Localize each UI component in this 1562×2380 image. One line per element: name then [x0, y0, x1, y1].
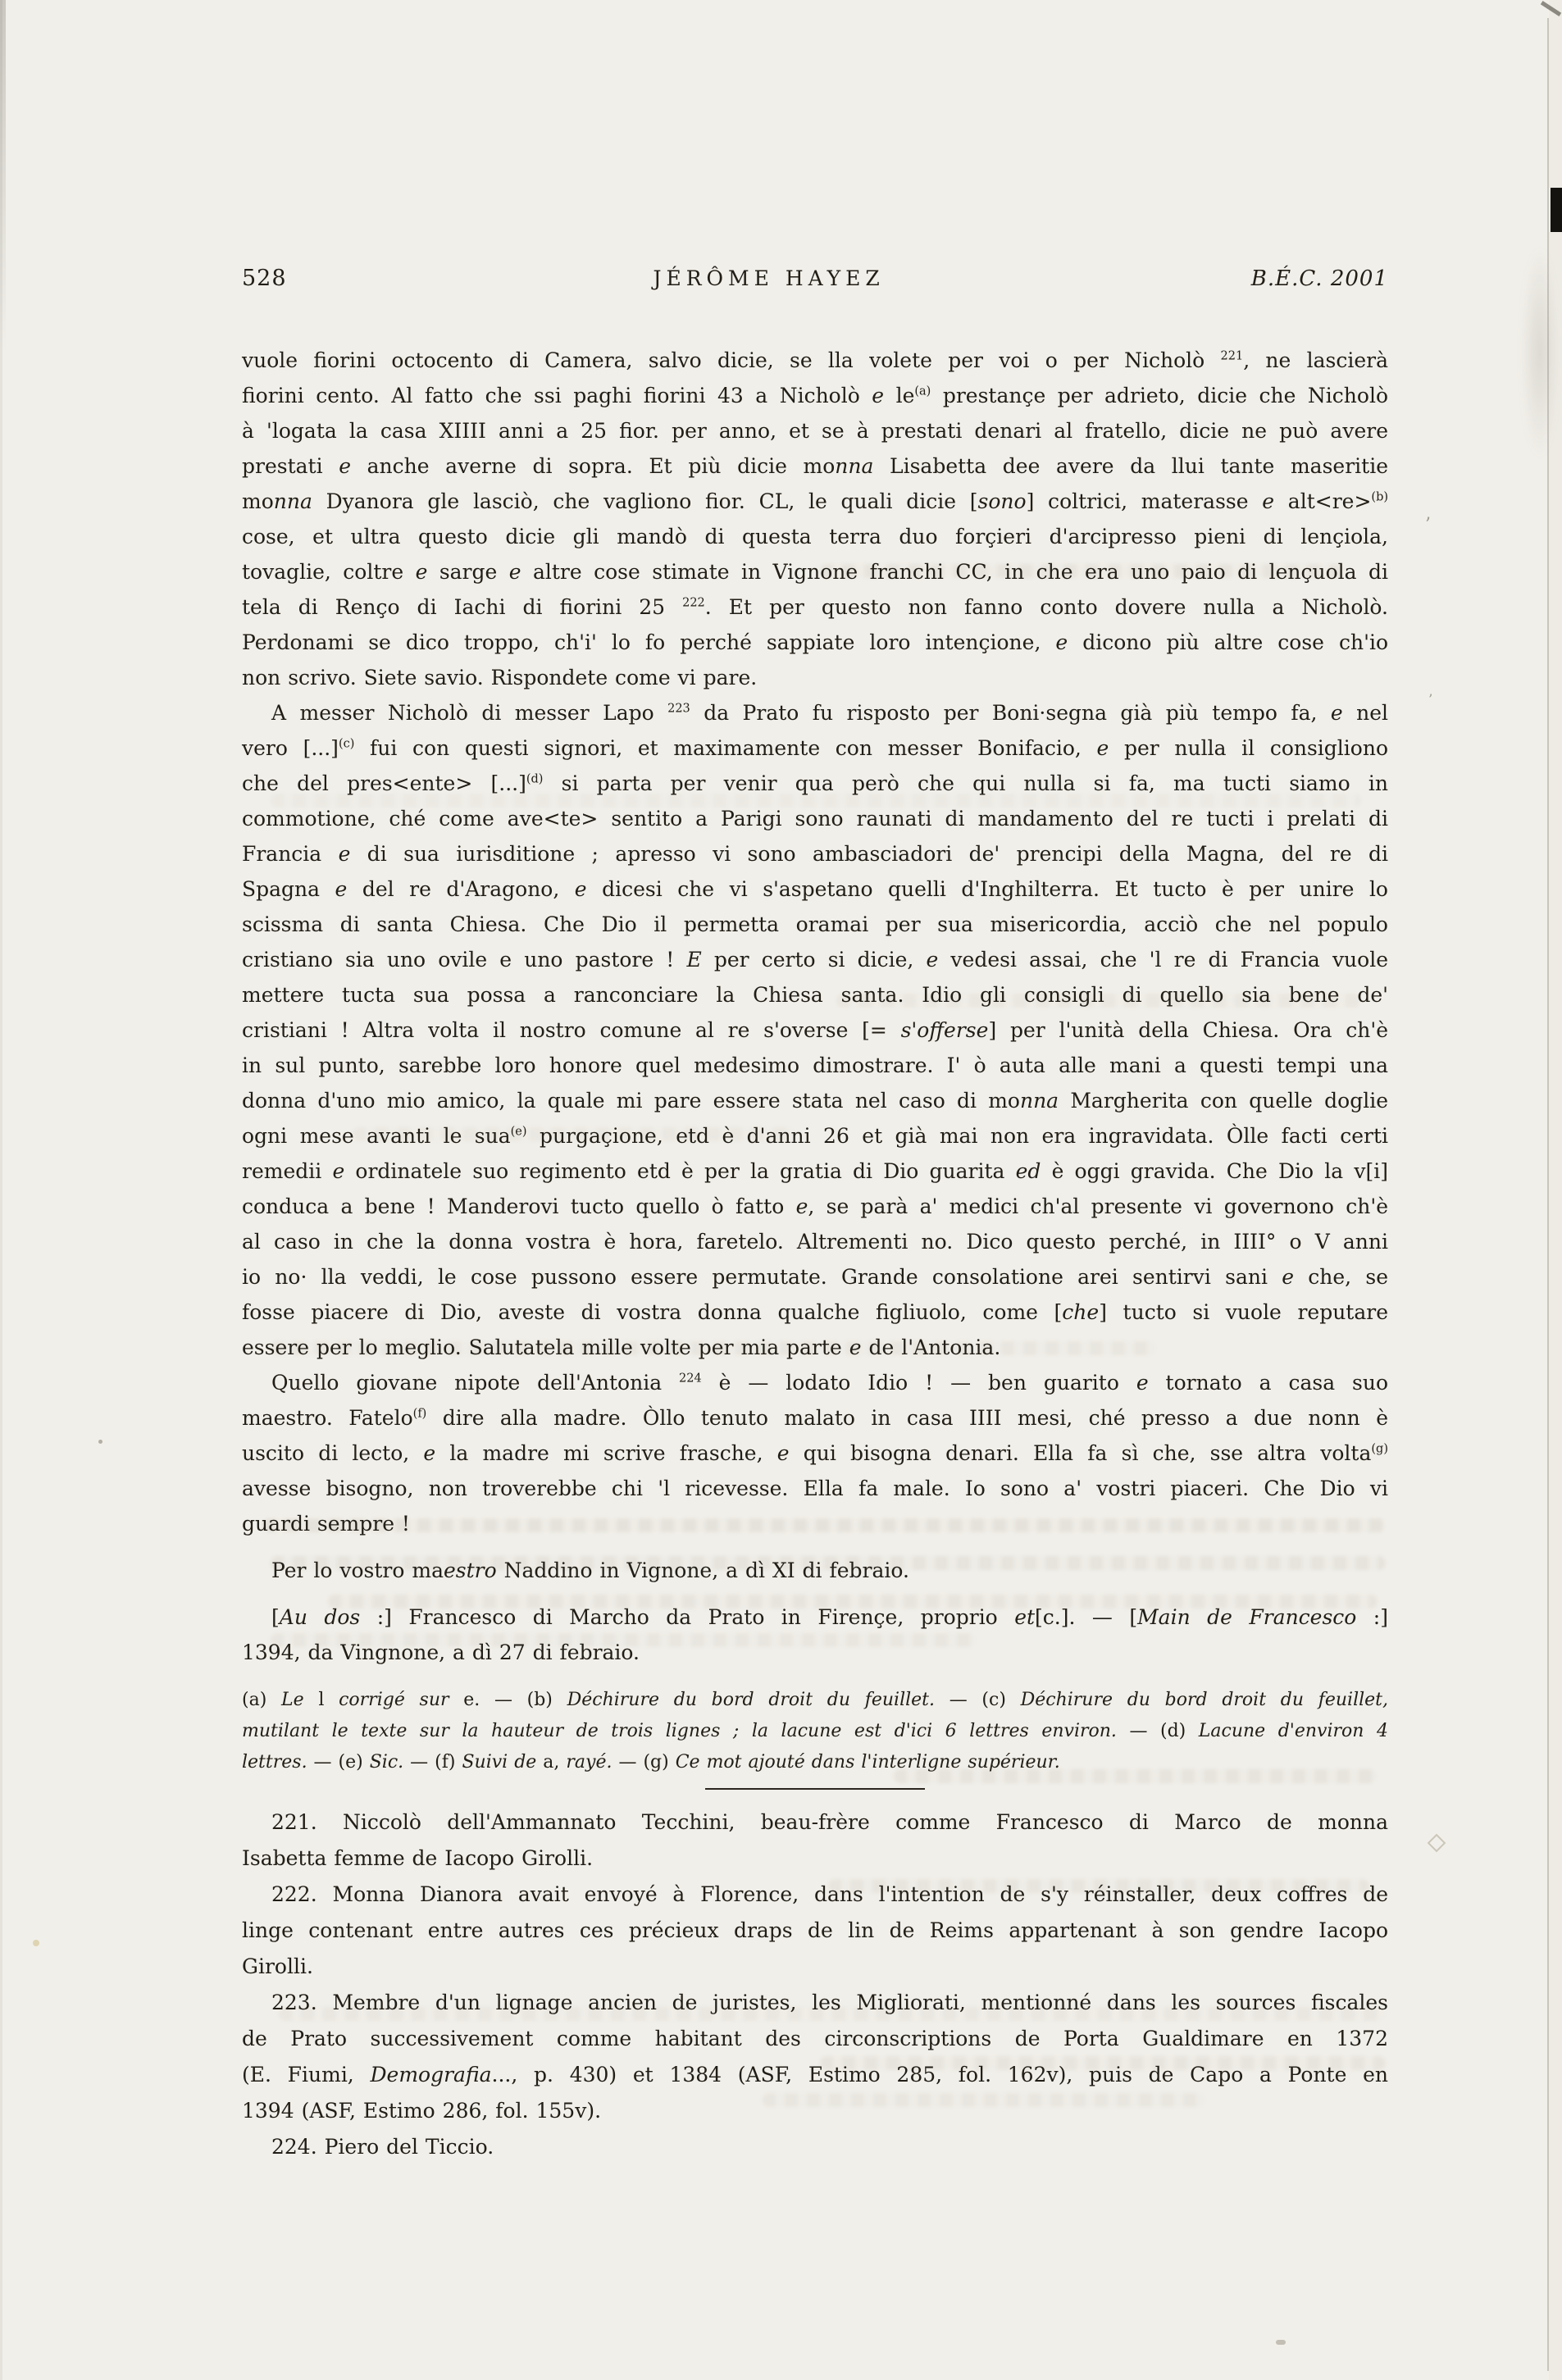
scan-speck: ’	[1425, 517, 1431, 535]
text-line: Perdonami se dico troppo, ch'i' lo fo pe…	[242, 625, 1388, 660]
text-line: Per lo vostro maestro Naddino in Vignone…	[242, 1553, 1388, 1588]
scan-speck	[33, 1940, 39, 1946]
letter-paragraph: Quello giovane nipote dell'Antonia 224 è…	[242, 1365, 1388, 1541]
text-line: uscito di lecto, e la madre mi scrive fr…	[242, 1436, 1388, 1471]
critical-apparatus: (a) Le l corrigé sur e. — (b) Déchirure …	[242, 1685, 1388, 1778]
text-line: remedii e ordinatele suo regimento etd è…	[242, 1154, 1388, 1189]
text-line: donna d'uno mio amico, la quale mi pare …	[242, 1083, 1388, 1118]
page-content: 528 JÉRÔME HAYEZ B.É.C. 2001 vuole fiori…	[242, 261, 1388, 2165]
text-line: cose, et ultra questo dicie gli mandò di…	[242, 519, 1388, 554]
text-line: 224. Piero del Ticcio.	[242, 2129, 1388, 2165]
text-line: tovaglie, coltre e sarge e altre cose st…	[242, 554, 1388, 589]
scan-speck	[1276, 2340, 1286, 2345]
text-line: vuole fiorini octocento di Camera, salvo…	[242, 343, 1388, 378]
text-line: prestati e anche averne di sopra. Et più…	[242, 448, 1388, 484]
text-line: fosse piacere di Dio, aveste di vostra d…	[242, 1295, 1388, 1330]
text-line: 1394 (ASF, Estimo 286, fol. 155v).	[242, 2093, 1388, 2129]
text-line: Girolli.	[242, 1949, 1388, 1985]
text-line: Francia e di sua iurisditione ; apresso …	[242, 836, 1388, 871]
letter-paragraph: A messer Nicholò di messer Lapo 223 da P…	[242, 695, 1388, 1365]
text-line: ogni mese avanti le sua(e) purgaçione, e…	[242, 1118, 1388, 1154]
text-line: linge contenant entre autres ces précieu…	[242, 1913, 1388, 1949]
scan-speck	[1428, 1834, 1446, 1853]
text-line: 222. Monna Dianora avait envoyé à Floren…	[242, 1877, 1388, 1913]
footnote: 224. Piero del Ticcio.	[242, 2129, 1388, 2165]
text-line: mutilant le texte sur la hauteur de troi…	[242, 1716, 1388, 1747]
footnote: 222. Monna Dianora avait envoyé à Floren…	[242, 1877, 1388, 1985]
text-line: Spagna e del re d'Aragono, e dicesi che …	[242, 871, 1388, 907]
scan-edge-mark	[1551, 188, 1562, 232]
scan-smudge	[1522, 246, 1558, 459]
text-line: (E. Fiumi, Demografia..., p. 430) et 138…	[242, 2057, 1388, 2093]
text-line: cristiano sia uno ovile e uno pastore ! …	[242, 942, 1388, 977]
text-line: de Prato successivement comme habitant d…	[242, 2021, 1388, 2057]
text-line: 221. Niccolò dell'Ammannato Tecchini, be…	[242, 1804, 1388, 1841]
letter-paragraph: Per lo vostro maestro Naddino in Vignone…	[242, 1553, 1388, 1588]
text-line: vero [...](c) fui con questi signori, et…	[242, 730, 1388, 766]
text-line: in sul punto, sarebbe loro honore quel m…	[242, 1048, 1388, 1083]
text-line: al caso in che la donna vostra è hora, f…	[242, 1224, 1388, 1259]
text-line: lettres. — (e) Sic. — (f) Suivi de a, ra…	[242, 1747, 1388, 1778]
scan-left-edge	[0, 0, 2, 2380]
text-line: à 'logata la casa XIIII anni a 25 fior. …	[242, 413, 1388, 448]
running-author: JÉRÔME HAYEZ	[653, 261, 884, 297]
text-line: che del pres<ente> [...](d) si parta per…	[242, 766, 1388, 801]
text-line: guardi sempre !	[242, 1506, 1388, 1541]
scanned-journal-page: { "colors": { "paper": "#f1efe9", "ink":…	[0, 0, 1562, 2380]
letter-paragraph: [Au dos :] Francesco di Marcho da Prato …	[242, 1600, 1388, 1670]
text-line: commotione, ché come ave<te> sentito a P…	[242, 801, 1388, 836]
text-line: (a) Le l corrigé sur e. — (b) Déchirure …	[242, 1685, 1388, 1716]
text-line: avesse bisogno, non troverebbe chi 'l ri…	[242, 1471, 1388, 1506]
text-line: Quello giovane nipote dell'Antonia 224 è…	[242, 1365, 1388, 1400]
letter-body: vuole fiorini octocento di Camera, salvo…	[242, 343, 1388, 1670]
text-line: fiorini cento. Al fatto che ssi paghi fi…	[242, 378, 1388, 413]
text-line: A messer Nicholò di messer Lapo 223 da P…	[242, 695, 1388, 730]
text-line: essere per lo meglio. Salutatela mille v…	[242, 1330, 1388, 1365]
running-header: 528 JÉRÔME HAYEZ B.É.C. 2001	[242, 261, 1388, 297]
text-line: scissma di santa Chiesa. Che Dio il perm…	[242, 907, 1388, 942]
text-line: monna Dyanora gle lasciò, che vagliono f…	[242, 484, 1388, 519]
text-line: 223. Membre d'un lignage ancien de juris…	[242, 1985, 1388, 2021]
text-line: maestro. Fatelo(f) dire alla madre. Òllo…	[242, 1400, 1388, 1436]
letter-paragraph: vuole fiorini octocento di Camera, salvo…	[242, 343, 1388, 695]
text-line: [Au dos :] Francesco di Marcho da Prato …	[242, 1600, 1388, 1635]
footnotes: 221. Niccolò dell'Ammannato Tecchini, be…	[242, 1804, 1388, 2165]
text-line: 1394, da Vingnone, a dì 27 di febraio.	[242, 1635, 1388, 1670]
text-line: non scrivo. Siete savio. Rispondete come…	[242, 660, 1388, 695]
text-line: cristiani ! Altra volta il nostro comune…	[242, 1013, 1388, 1048]
footnote: 221. Niccolò dell'Ammannato Tecchini, be…	[242, 1804, 1388, 1877]
text-line: tela di Renço di Iachi di fiorini 25 222…	[242, 589, 1388, 625]
text-line: io no· lla veddi, le cose pussono essere…	[242, 1259, 1388, 1295]
page-number: 528	[242, 261, 287, 297]
text-line: conduca a bene ! Manderovi tucto quello …	[242, 1189, 1388, 1224]
scan-speck	[98, 1440, 102, 1444]
journal-title: B.É.C. 2001	[1251, 261, 1388, 297]
footnote: 223. Membre d'un lignage ancien de juris…	[242, 1985, 1388, 2129]
footnote-separator	[705, 1788, 925, 1790]
text-line: mettere tucta sua possa a ranconciare la…	[242, 977, 1388, 1013]
text-line: Isabetta femme de Iacopo Girolli.	[242, 1841, 1388, 1877]
scan-speck: ’	[1428, 694, 1432, 708]
